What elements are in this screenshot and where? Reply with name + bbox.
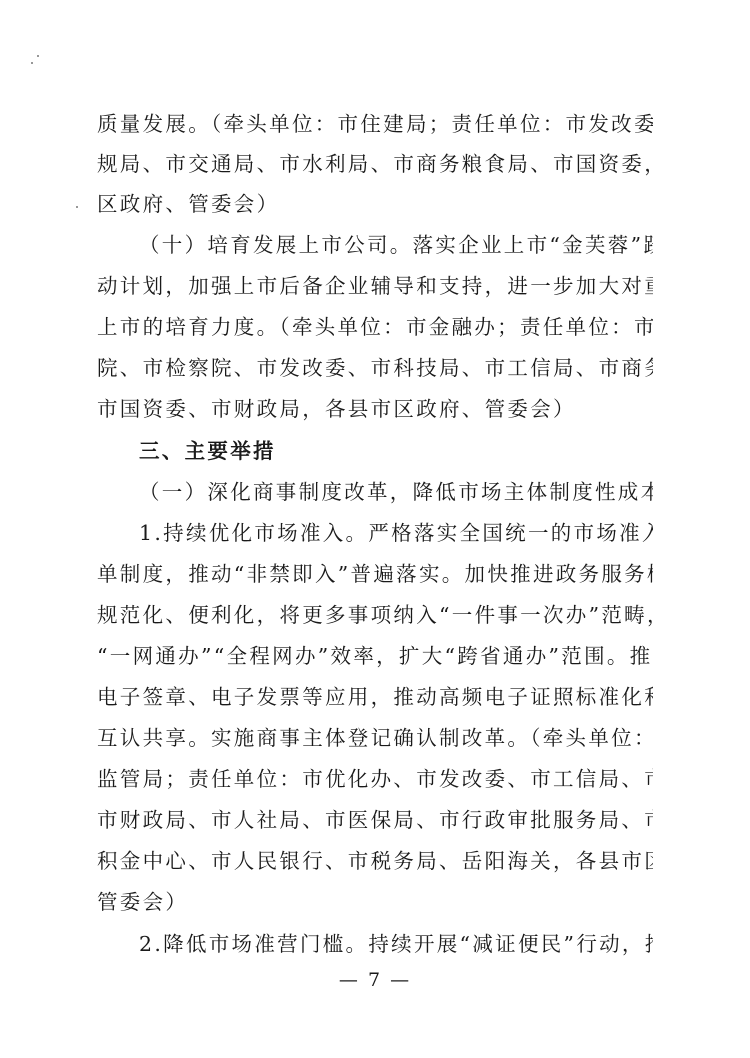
body-line: 质量发展。（牵头单位：市住建局；责任单位：市发改委、市资 xyxy=(97,109,653,139)
body-line: 单制度，推动“非禁即入”普遍落实。加快推进政务服务标准化、 xyxy=(97,559,653,589)
body-line: 规局、市交通局、市水利局、市商务粮食局、市国资委，各县市 xyxy=(97,149,653,179)
body-line: 规范化、便利化，将更多事项纳入“一件事一次办”范畴，提高 xyxy=(97,600,653,630)
body-line: 积金中心、市人民银行、市税务局、岳阳海关，各县市区政府、 xyxy=(97,846,653,876)
page-number: — 7 — xyxy=(0,966,750,994)
document-page: 质量发展。（牵头单位：市住建局；责任单位：市发改委、市资 规局、市交通局、市水利… xyxy=(0,0,750,1058)
body-line: 上市的培育力度。（牵头单位：市金融办；责任单位：市中级法 xyxy=(97,312,653,342)
chapter-heading: 三、主要举措 xyxy=(139,436,653,466)
body-line: 电子签章、电子发票等应用，推动高频电子证照标准化和跨区域 xyxy=(97,682,653,712)
scan-speck xyxy=(37,55,39,57)
body-line: 院、市检察院、市发改委、市科技局、市工信局、市商务粮食局、 xyxy=(97,353,653,383)
body-line: 监管局；责任单位：市优化办、市发改委、市工信局、市公安局、 xyxy=(97,764,653,794)
body-line: 市财政局、市人社局、市医保局、市行政审批服务局、市住房公 xyxy=(97,805,653,835)
body-line: “一网通办”“全程网办”效率，扩大“跨省通办”范围。推广 xyxy=(97,641,653,671)
body-line: 动计划，加强上市后备企业辅导和支持，进一步加大对重点企业 xyxy=(97,271,653,301)
section-10-heading-line: （十）培育发展上市公司。落实企业上市“金芙蓉”跃升行 xyxy=(139,230,653,260)
item-2-line: 2.降低市场准营门槛。持续开展“减证便民”行动，推动“证 xyxy=(139,929,653,959)
body-line: 管委会） xyxy=(97,887,653,917)
item-1-line: 1.持续优化市场准入。严格落实全国统一的市场准入负面清 xyxy=(139,518,653,548)
body-line: 区政府、管委会） xyxy=(97,189,653,219)
body-line: 互认共享。实施商事主体登记确认制改革。（牵头单位：市市场 xyxy=(97,723,653,753)
scan-speck xyxy=(31,62,33,64)
subsection-heading: （一）深化商事制度改革，降低市场主体制度性成本。 xyxy=(139,477,653,507)
body-line: 市国资委、市财政局，各县市区政府、管委会） xyxy=(97,394,653,424)
scan-speck xyxy=(76,206,78,208)
